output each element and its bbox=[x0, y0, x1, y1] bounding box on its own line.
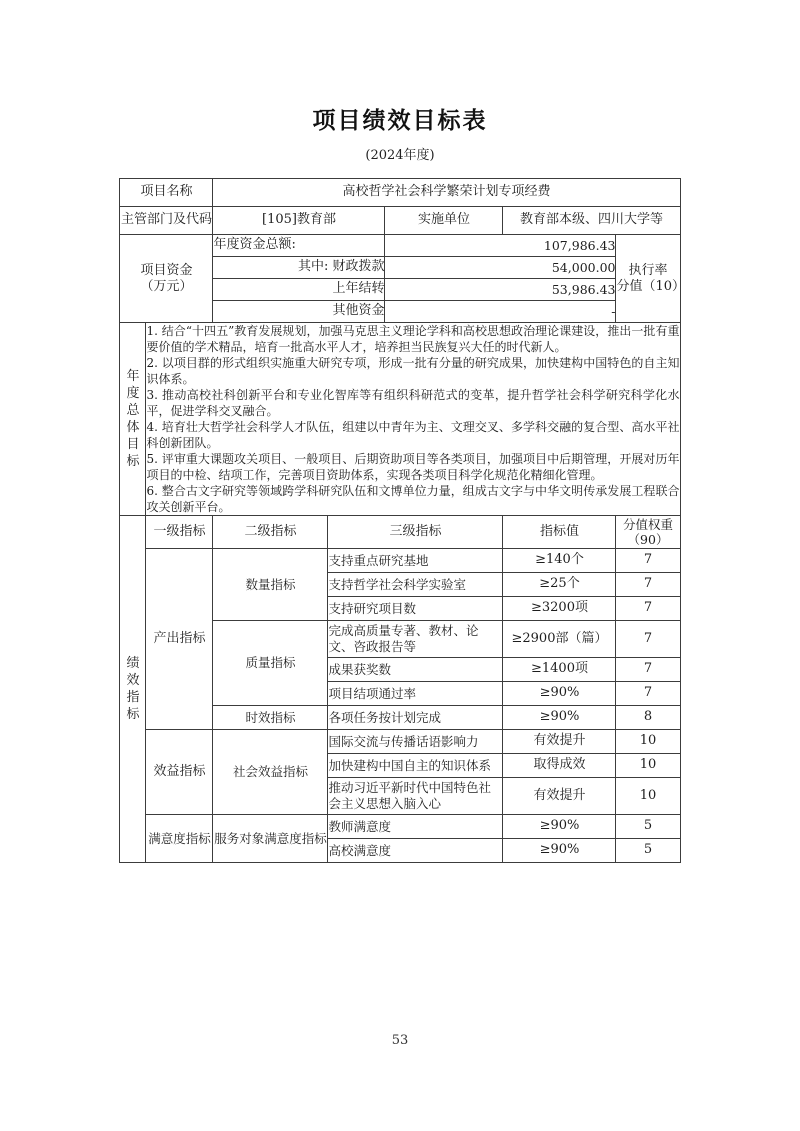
indicator-target-cell: ≥1400项 bbox=[503, 658, 616, 682]
annual-goals-row: 年度总体目标 1. 结合“十四五”教育发展规划，加强马克思主义理论学科和高校思想… bbox=[120, 323, 680, 516]
dept-code-label: 主管部门及代码 bbox=[120, 207, 213, 235]
indicator-score-cell: 7 bbox=[616, 597, 680, 621]
goal-item-2: 2. 以项目群的形式组织实施重大研究专项，形成一批有分量的研究成果，加快建构中国… bbox=[146, 355, 679, 387]
funding-total-row: 项目资金 （万元） 年度资金总额: 107,986.43 执行率 分值（10） bbox=[120, 235, 680, 257]
header-weight-line1: 分值权重 bbox=[616, 517, 679, 532]
level3-indicator-cell: 支持哲学社会科学实验室 bbox=[328, 573, 503, 597]
indicator-score-cell: 8 bbox=[616, 706, 680, 730]
level3-indicator-cell: 加快建构中国自主的知识体系 bbox=[328, 754, 503, 778]
other-funds-label: 其他资金 bbox=[213, 301, 385, 323]
level3-indicator-cell: 支持研究项目数 bbox=[328, 597, 503, 621]
document-page: { "page": { "title": "项目绩效目标表", "subtitl… bbox=[0, 0, 800, 1131]
level2-timeliness-cell: 时效指标 bbox=[213, 706, 328, 730]
indicator-score-cell: 7 bbox=[616, 658, 680, 682]
indicator-score-cell: 7 bbox=[616, 573, 680, 597]
header-level3: 三级指标 bbox=[328, 516, 503, 549]
indicator-target-cell: ≥90% bbox=[503, 839, 616, 863]
level1-output-cell: 产出指标 bbox=[146, 549, 213, 730]
indicator-score-cell: 7 bbox=[616, 621, 680, 658]
indicator-target-cell: ≥90% bbox=[503, 706, 616, 730]
other-funds-value: - bbox=[385, 301, 616, 323]
indicator-score-cell: 10 bbox=[616, 754, 680, 778]
indicator-row: 效益指标 社会效益指标 国际交流与传播话语影响力 有效提升 10 bbox=[120, 730, 680, 754]
funding-label-line2: （万元） bbox=[120, 279, 212, 295]
indicator-header-row: 绩效指标 一级指标 二级指标 三级指标 指标值 分值权重 （90） bbox=[120, 516, 680, 549]
page-number: 53 bbox=[0, 1033, 800, 1048]
execution-rate-line2: 分值（10） bbox=[616, 279, 679, 295]
impl-unit-label: 实施单位 bbox=[385, 207, 503, 235]
impl-unit-value: 教育部本级、四川大学等 bbox=[503, 207, 680, 235]
indicator-target-cell: 有效提升 bbox=[503, 730, 616, 754]
annual-goals-list: 1. 结合“十四五”教育发展规划，加强马克思主义理论学科和高校思想政治理论课建设… bbox=[146, 323, 679, 515]
goal-item-4: 4. 培育壮大哲学社会科学人才队伍，组建以中青年为主、文理交叉、多学科交融的复合… bbox=[146, 419, 679, 451]
annual-total-label: 年度资金总额: bbox=[213, 235, 385, 257]
level2-social-cell: 社会效益指标 bbox=[213, 730, 328, 815]
performance-target-table: 项目名称 高校哲学社会科学繁荣计划专项经费 主管部门及代码 [105]教育部 实… bbox=[119, 178, 680, 863]
page-subtitle: (2024年度) bbox=[0, 144, 800, 163]
annual-goals-vertical-text: 年度总体目标 bbox=[126, 368, 140, 470]
header-target: 指标值 bbox=[503, 516, 616, 549]
level3-indicator-cell: 成果获奖数 bbox=[328, 658, 503, 682]
indicator-target-cell: ≥25个 bbox=[503, 573, 616, 597]
indicators-vertical-text: 绩效指标 bbox=[126, 655, 140, 723]
annual-goals-text-cell: 1. 结合“十四五”教育发展规划，加强马克思主义理论学科和高校思想政治理论课建设… bbox=[146, 323, 680, 516]
header-weight-line2: （90） bbox=[616, 532, 679, 547]
indicators-section-label: 绩效指标 bbox=[120, 516, 146, 863]
level3-indicator-cell: 各项任务按计划完成 bbox=[328, 706, 503, 730]
header-level2: 二级指标 bbox=[213, 516, 328, 549]
level3-indicator-cell: 完成高质量专著、教材、论文、咨政报告等 bbox=[328, 621, 503, 658]
department-row: 主管部门及代码 [105]教育部 实施单位 教育部本级、四川大学等 bbox=[120, 207, 680, 235]
indicator-score-cell: 10 bbox=[616, 730, 680, 754]
indicator-score-cell: 7 bbox=[616, 549, 680, 573]
funding-section-label: 项目资金 （万元） bbox=[120, 235, 213, 323]
indicator-target-cell: ≥90% bbox=[503, 682, 616, 706]
carryover-value: 53,986.43 bbox=[385, 279, 616, 301]
level2-service-cell: 服务对象满意度指标 bbox=[213, 815, 328, 863]
indicator-row: 产出指标 数量指标 支持重点研究基地 ≥140个 7 bbox=[120, 549, 680, 573]
goal-item-1: 1. 结合“十四五”教育发展规划，加强马克思主义理论学科和高校思想政治理论课建设… bbox=[146, 323, 679, 355]
funding-label-line1: 项目资金 bbox=[120, 263, 212, 279]
header-level1: 一级指标 bbox=[146, 516, 213, 549]
goal-item-3: 3. 推动高校社科创新平台和专业化智库等有组织科研范式的变革，提升哲学社会科学研… bbox=[146, 387, 679, 419]
indicator-row: 满意度指标 服务对象满意度指标 教师满意度 ≥90% 5 bbox=[120, 815, 680, 839]
project-name-label: 项目名称 bbox=[120, 179, 213, 207]
execution-rate-line1: 执行率 bbox=[616, 263, 679, 279]
level1-benefit-cell: 效益指标 bbox=[146, 730, 213, 815]
fiscal-allocation-label: 其中: 财政拨款 bbox=[213, 257, 385, 279]
page-title: 项目绩效目标表 bbox=[0, 0, 800, 135]
indicator-target-cell: 有效提升 bbox=[503, 778, 616, 815]
indicator-score-cell: 7 bbox=[616, 682, 680, 706]
indicator-target-cell: ≥90% bbox=[503, 815, 616, 839]
goal-item-5: 5. 评审重大课题攻关项目、一般项目、后期资助项目等各类项目，加强项目中后期管理… bbox=[146, 451, 679, 483]
indicator-score-cell: 5 bbox=[616, 839, 680, 863]
dept-code-value: [105]教育部 bbox=[213, 207, 385, 235]
indicator-target-cell: 取得成效 bbox=[503, 754, 616, 778]
level3-indicator-cell: 高校满意度 bbox=[328, 839, 503, 863]
annual-total-value: 107,986.43 bbox=[385, 235, 616, 257]
goal-item-6: 6. 整合古文字研究等领域跨学科研究队伍和文博单位力量，组成古文字与中华文明传承… bbox=[146, 483, 679, 515]
indicator-score-cell: 10 bbox=[616, 778, 680, 815]
header-weight: 分值权重 （90） bbox=[616, 516, 680, 549]
indicator-target-cell: ≥3200项 bbox=[503, 597, 616, 621]
level2-quantity-cell: 数量指标 bbox=[213, 549, 328, 621]
fiscal-allocation-value: 54,000.00 bbox=[385, 257, 616, 279]
project-name-value: 高校哲学社会科学繁荣计划专项经费 bbox=[213, 179, 680, 207]
indicator-target-cell: ≥2900部（篇） bbox=[503, 621, 616, 658]
level1-satisfaction-cell: 满意度指标 bbox=[146, 815, 213, 863]
execution-rate-score-cell: 执行率 分值（10） bbox=[616, 235, 680, 323]
indicator-score-cell: 5 bbox=[616, 815, 680, 839]
indicator-target-cell: ≥140个 bbox=[503, 549, 616, 573]
level3-indicator-cell: 教师满意度 bbox=[328, 815, 503, 839]
level3-indicator-cell: 支持重点研究基地 bbox=[328, 549, 503, 573]
level3-indicator-cell: 项目结项通过率 bbox=[328, 682, 503, 706]
level3-indicator-cell: 推动习近平新时代中国特色社会主义思想入脑入心 bbox=[328, 778, 503, 815]
carryover-label: 上年结转 bbox=[213, 279, 385, 301]
level2-quality-cell: 质量指标 bbox=[213, 621, 328, 706]
annual-goals-section-label: 年度总体目标 bbox=[120, 323, 146, 516]
project-name-row: 项目名称 高校哲学社会科学繁荣计划专项经费 bbox=[120, 179, 680, 207]
level3-indicator-cell: 国际交流与传播话语影响力 bbox=[328, 730, 503, 754]
